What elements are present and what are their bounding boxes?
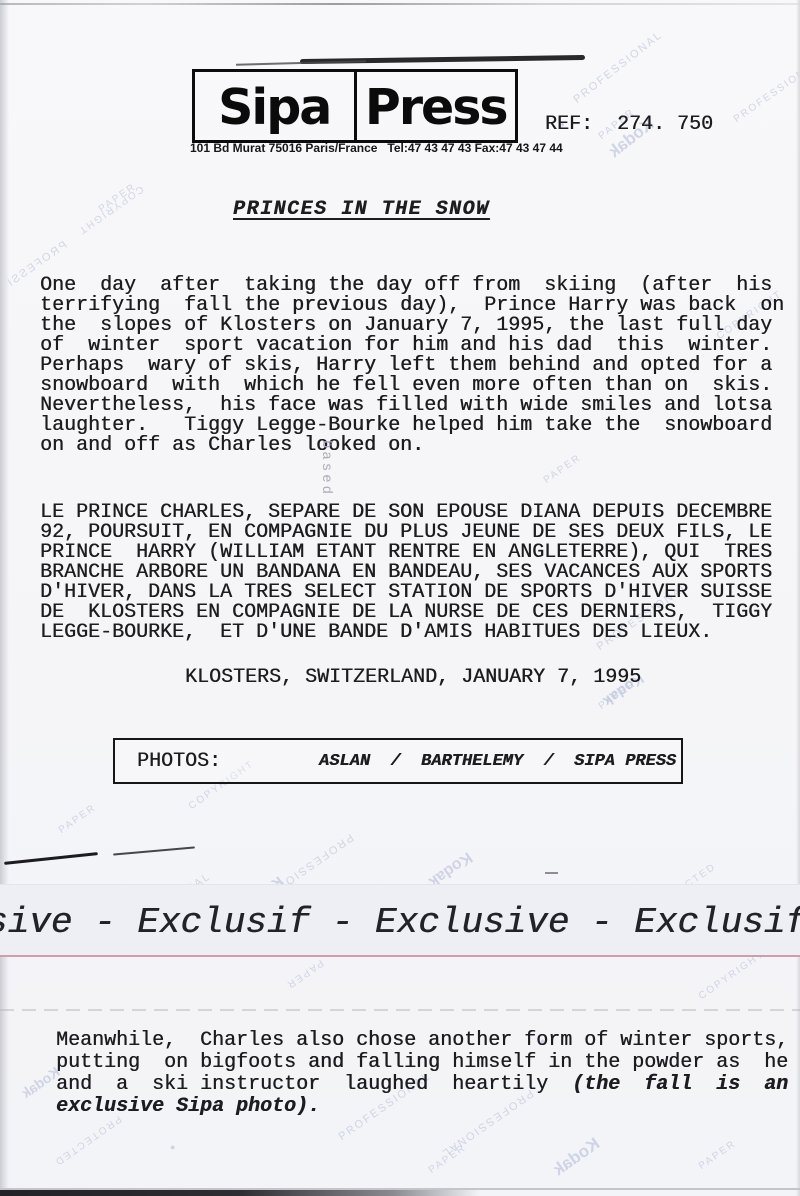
scan-artifact-dash <box>545 872 558 874</box>
text-line: terrifying fall the previous day), Princ… <box>40 296 784 316</box>
text-line: D'HIVER, DANS LA TRES SELECT STATION DE … <box>40 583 772 603</box>
text-line: the slopes of Klosters on January 7, 199… <box>40 316 784 336</box>
watermark-text: PROFESSIONAL <box>571 29 665 106</box>
logo-word-sipa: Sipa <box>218 80 330 132</box>
scan-artifact-vertical-text: based <box>318 440 334 497</box>
scan-artifact-faint-line <box>0 1009 800 1011</box>
text-line: LEGGE-BOURKE, ET D'UNE BANDE D'AMIS HABI… <box>40 623 772 643</box>
watermark-text: PAPER <box>97 181 139 215</box>
watermark-text: COPYRIGHT <box>75 183 145 236</box>
text-line: One day after taking the day off from sk… <box>40 276 784 296</box>
french-paragraph: LE PRINCE CHARLES, SEPARE DE SON EPOUSE … <box>40 503 772 643</box>
sipa-press-logo: Sipa Press <box>192 69 518 143</box>
press-release-scan: PROFESSIONALKodakPAPERPROFESSIONALCOPYRI… <box>0 0 800 1196</box>
ref-number: REF: 274. 750 <box>545 113 713 136</box>
dateline: KLOSTERS, SWITZERLAND, JANUARY 7, 1995 <box>185 666 641 689</box>
text-segment-italic: (the fall is an <box>572 1073 788 1096</box>
text-line: DE KLOSTERS EN COMPAGNIE DE LA NURSE DE … <box>40 603 772 623</box>
watermark-text: PAPER <box>283 957 325 991</box>
exclusive-banner: sive - Exclusif - Exclusive - Exclusif <box>0 884 800 957</box>
text-line: putting on bigfoots and falling himself … <box>56 1052 788 1074</box>
exclusive-banner-text: sive - Exclusif - Exclusive - Exclusif <box>0 902 800 943</box>
photo-credits-box: PHOTOS: ASLAN / BARTHELEMY / SIPA PRESS <box>113 738 683 784</box>
photos-credits: ASLAN / BARTHELEMY / SIPA PRESS <box>319 752 676 771</box>
document-title: PRINCES IN THE SNOW <box>233 198 490 221</box>
text-line: snowboard with which he fell even more o… <box>40 376 784 396</box>
logo-cell-press: Press <box>354 72 516 140</box>
watermark-text: PROFESSIONAL <box>732 58 800 125</box>
text-line: and a ski instructor laughed heartily (t… <box>56 1074 788 1096</box>
scan-artifact-dash <box>4 852 98 865</box>
agency-address: 101 Bd Murat 75016 Paris/France Tel:47 4… <box>190 141 563 155</box>
watermark-text: ● <box>170 1142 177 1152</box>
scan-edge-left <box>0 0 9 1196</box>
watermark-text: Kodak <box>550 1134 604 1180</box>
english-paragraph: One day after taking the day off from sk… <box>40 276 784 456</box>
text-line: laughter. Tiggy Legge-Bourke helped him … <box>40 416 784 436</box>
photos-label: PHOTOS: <box>137 750 221 773</box>
text-line: BRANCHE ARBORE UN BANDANA EN BANDEAU, SE… <box>40 563 772 583</box>
text-line: Perhaps wary of skis, Harry left them be… <box>40 356 784 376</box>
watermark-text: PAPER <box>57 802 99 836</box>
watermark-text: PAPER <box>697 1138 739 1172</box>
text-line: LE PRINCE CHARLES, SEPARE DE SON EPOUSE … <box>40 503 772 523</box>
watermark-text: PAPER <box>542 452 584 486</box>
text-segment: and a ski instructor laughed heartily <box>56 1073 572 1096</box>
scan-edge-right <box>796 0 800 1196</box>
text-line: Meanwhile, Charles also chose another fo… <box>56 1030 788 1052</box>
logo-cell-sipa: Sipa <box>195 72 354 140</box>
scan-artifact-top-line <box>0 3 800 5</box>
watermark-text: PROTECTED <box>52 1113 124 1168</box>
logo-word-press: Press <box>365 80 507 132</box>
text-line: Nevertheless, his face was filled with w… <box>40 396 784 416</box>
closing-paragraph: Meanwhile, Charles also chose another fo… <box>56 1030 788 1118</box>
scan-artifact-dash <box>113 846 195 855</box>
text-line: of winter sport vacation for him and his… <box>40 336 784 356</box>
text-line: exclusive Sipa photo). <box>56 1096 788 1118</box>
text-line: on and off as Charles looked on. <box>40 436 784 456</box>
text-line: 92, POURSUIT, EN COMPAGNIE DU PLUS JEUNE… <box>40 523 772 543</box>
text-line: PRINCE HARRY (WILLIAM ETANT RENTRE EN AN… <box>40 543 772 563</box>
watermark-text: PAPER <box>427 1142 469 1176</box>
scan-edge-bottom-dark <box>0 1190 480 1196</box>
